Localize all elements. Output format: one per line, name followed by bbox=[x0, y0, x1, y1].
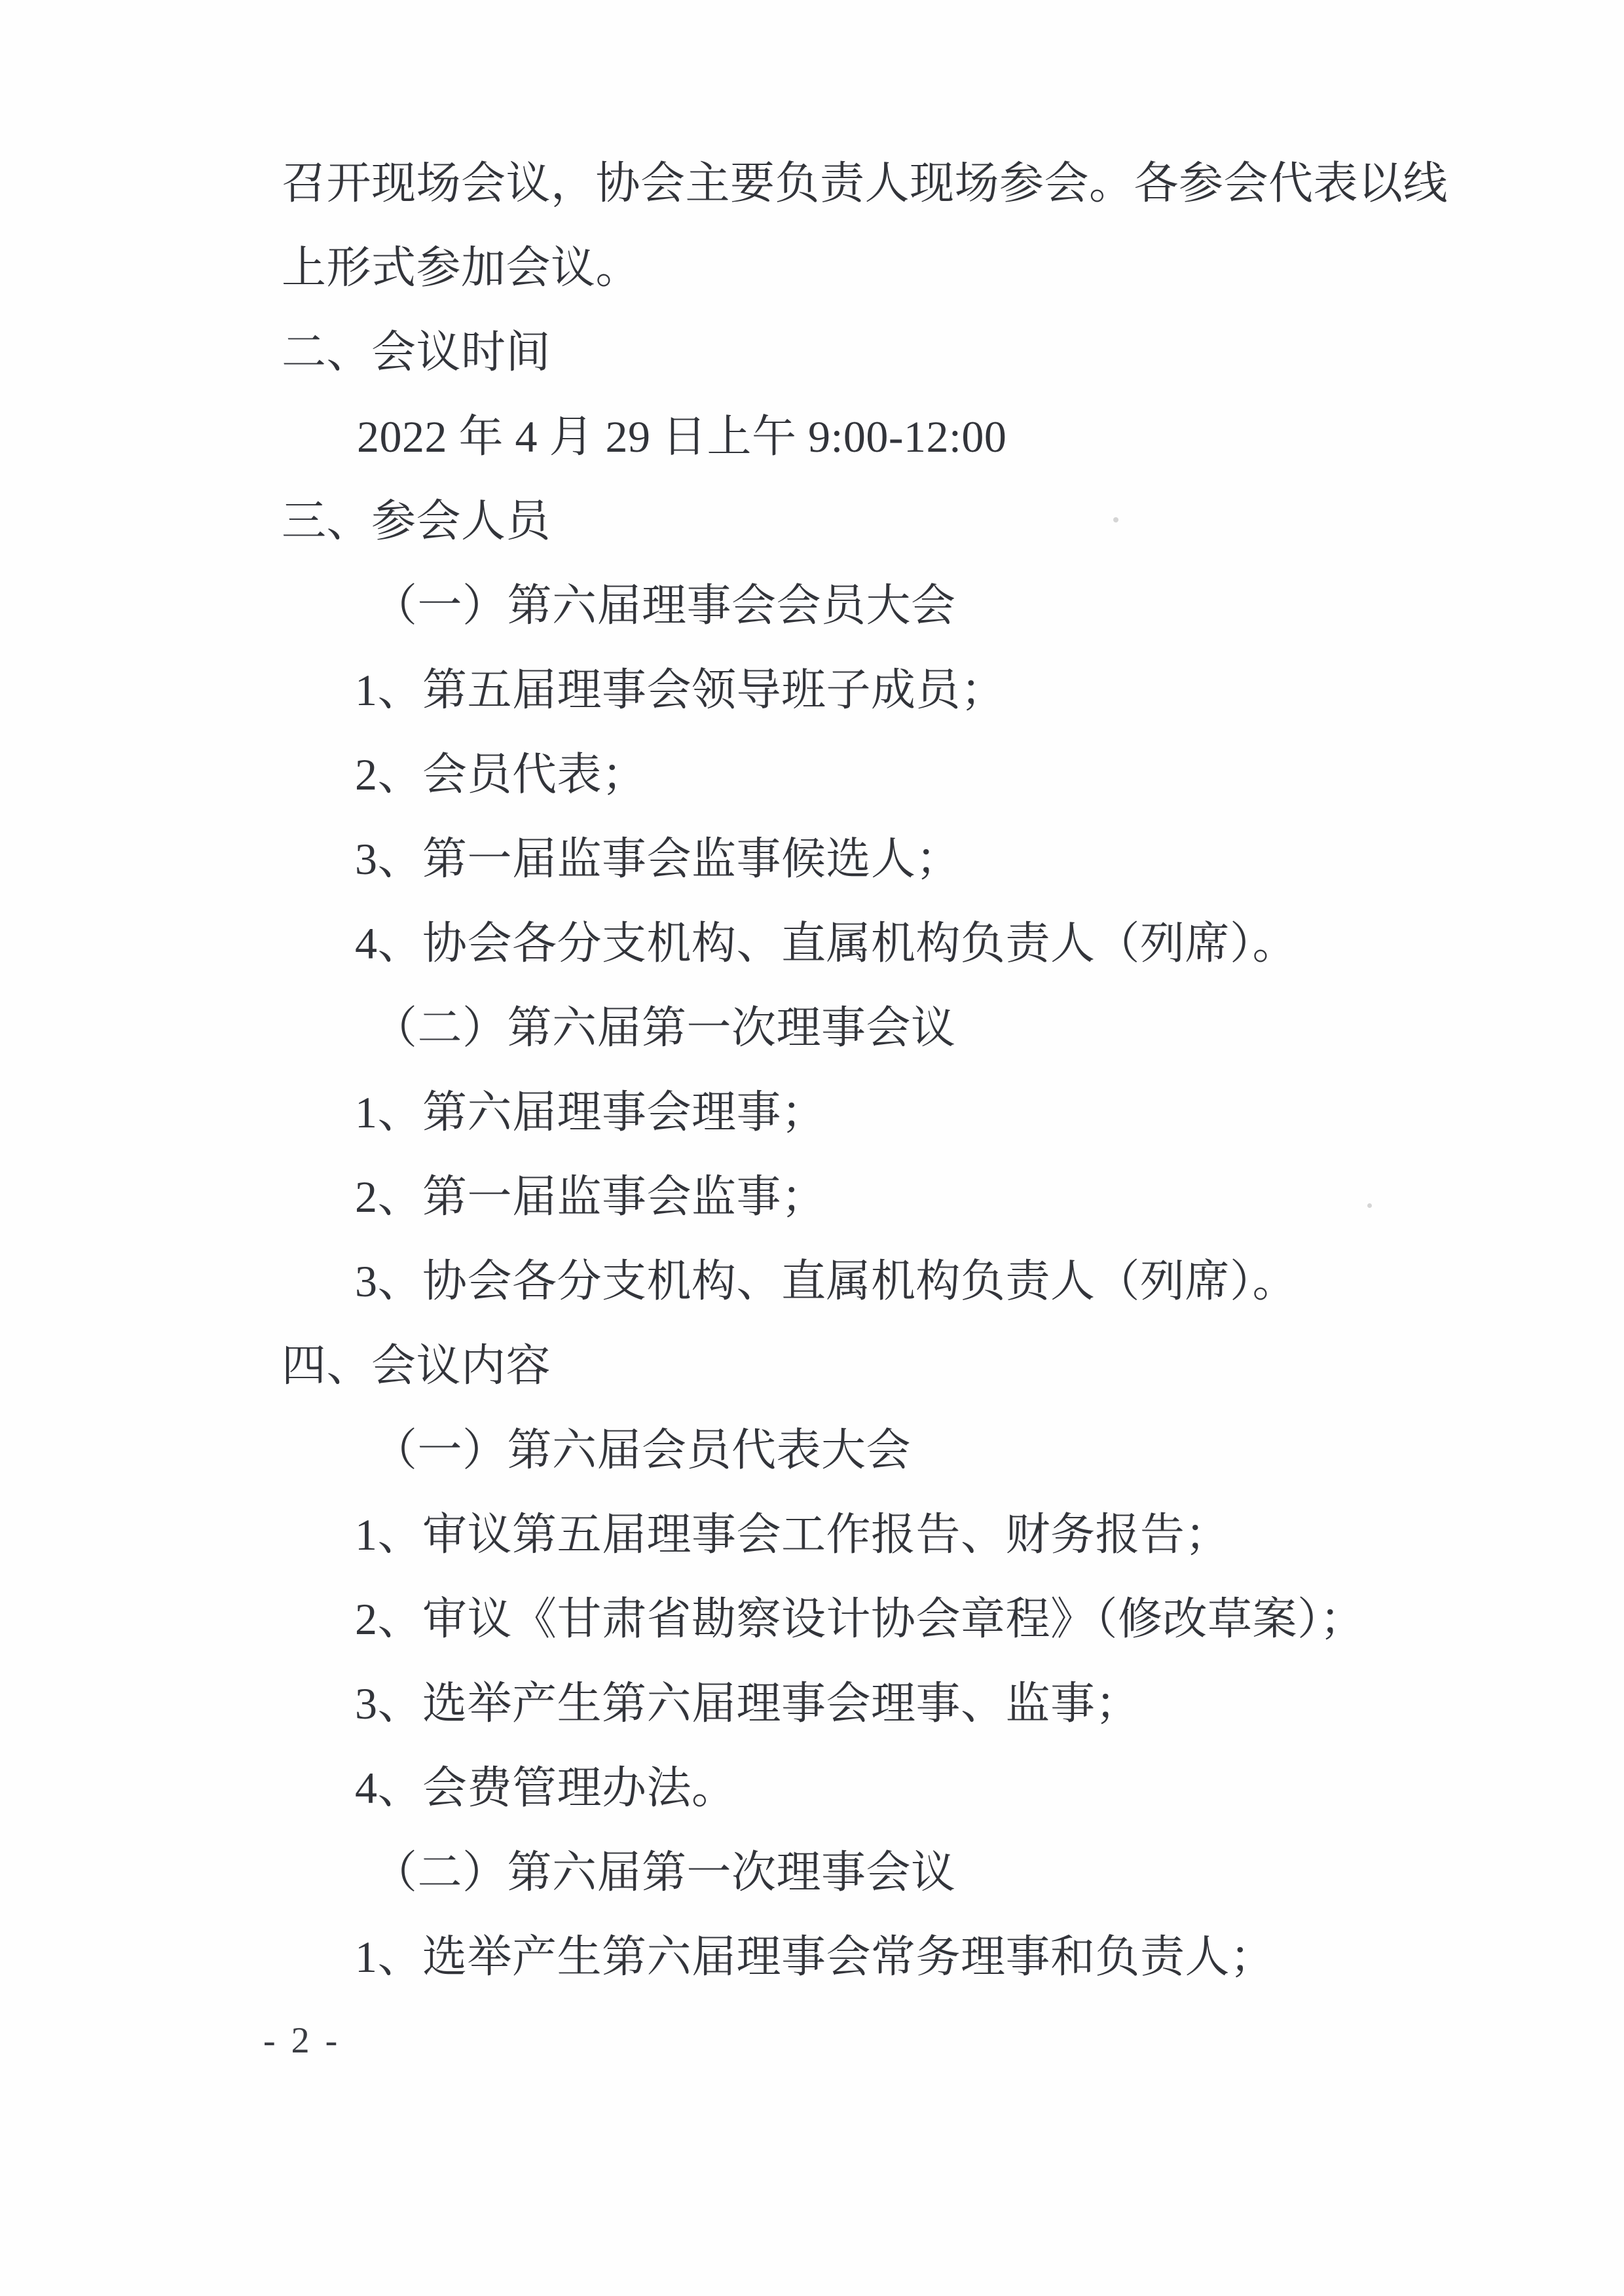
meeting-time-line: 2022 年 4 月 29 日上午 9:00-12:00 bbox=[282, 395, 1434, 479]
scanned-document-page: 召开现场会议，协会主要负责人现场参会。各参会代表以线 上形式参加会议。 二、会议… bbox=[0, 0, 1624, 2296]
section-heading: 三、参会人员 bbox=[282, 479, 1434, 564]
section-heading: 二、会议时间 bbox=[282, 310, 1434, 395]
list-item: 3、协会各分支机构、直属机构负责人（列席）。 bbox=[282, 1239, 1434, 1324]
section-heading: 四、会议内容 bbox=[282, 1324, 1434, 1408]
scan-speck bbox=[1367, 1203, 1372, 1208]
subsection-heading: （一）第六届会员代表大会 bbox=[282, 1408, 1434, 1493]
subsection-heading: （二）第六届第一次理事会议 bbox=[282, 986, 1434, 1070]
text-line: 上形式参加会议。 bbox=[282, 226, 1434, 310]
list-item: 4、协会各分支机构、直属机构负责人（列席）。 bbox=[282, 902, 1434, 986]
list-item: 1、审议第五届理事会工作报告、财务报告； bbox=[282, 1493, 1434, 1577]
page-number: - 2 - bbox=[263, 2018, 341, 2064]
list-item: 1、选举产生第六届理事会常务理事和负责人； bbox=[282, 1915, 1434, 1999]
text-line: 召开现场会议，协会主要负责人现场参会。各参会代表以线 bbox=[282, 141, 1434, 226]
list-item: 4、会费管理办法。 bbox=[282, 1746, 1434, 1831]
list-item: 2、第一届监事会监事； bbox=[282, 1155, 1434, 1239]
list-item: 3、第一届监事会监事候选人； bbox=[282, 817, 1434, 902]
list-item: 2、会员代表； bbox=[282, 733, 1434, 817]
subsection-heading: （二）第六届第一次理事会议 bbox=[282, 1831, 1434, 1915]
list-item: 2、审议《甘肃省勘察设计协会章程》（修改草案）； bbox=[282, 1577, 1434, 1662]
document-text: 召开现场会议，协会主要负责人现场参会。各参会代表以线 上形式参加会议。 二、会议… bbox=[282, 141, 1434, 1999]
list-item: 3、选举产生第六届理事会理事、监事； bbox=[282, 1662, 1434, 1746]
subsection-heading: （一）第六届理事会会员大会 bbox=[282, 564, 1434, 648]
list-item: 1、第五届理事会领导班子成员； bbox=[282, 648, 1434, 733]
scan-speck bbox=[1113, 517, 1118, 522]
list-item: 1、第六届理事会理事； bbox=[282, 1070, 1434, 1155]
